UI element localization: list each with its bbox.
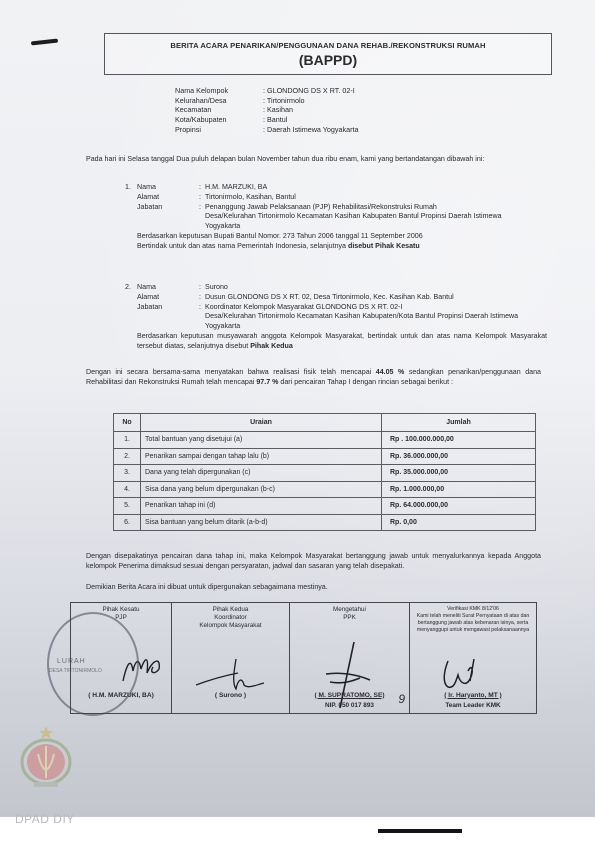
party-number: 1. [125,183,137,193]
signature-pihak-kedua: Pihak Kedua Koordinator Kelompok Masyara… [172,603,290,713]
regional-emblem-icon [16,724,76,790]
physical-progress-pct: 44.05 % [376,368,405,376]
document-subtitle: (BAPPD) [105,52,551,68]
info-value: Bantul [263,115,287,125]
info-label: Propinsi [175,125,263,135]
document-title-box: BERITA ACARA PENARIKAN/PENGGUNAAN DANA R… [104,33,552,75]
statement-paragraph: Dengan ini secara bersama-sama menyataka… [86,368,541,388]
row-uraian: Sisa bantuan yang belum ditarik (a-b-d) [141,514,382,531]
table-row: 1.Total bantuan yang disetujui (a)Rp . 1… [114,432,536,449]
field-label: Nama [137,283,199,293]
row-uraian: Penarikan sampai dengan tahap lalu (b) [141,448,382,465]
closing-statement: Demikian Berita Acara ini dibuat untuk d… [86,583,541,593]
info-value: Tirtonirmolo [263,96,305,106]
row-jumlah: Rp. 0,00 [382,514,536,531]
statement-text: dari pencairan Tahap I dengan rincian se… [278,378,453,386]
row-jumlah: Rp. 64.000.000,00 [382,498,536,515]
sig-title: Pihak Kedua [172,606,289,614]
row-no: 6. [114,514,141,531]
info-row: KecamatanKasihan [175,105,359,115]
row-uraian: Sisa dana yang belum dipergunakan (b-c) [141,481,382,498]
header-no: No [114,414,141,432]
sig-role: Team Leader KMK [410,702,536,710]
party-position-cont: Desa/Kelurahan Tirtonirmolo Kecamatan Ka… [125,212,535,232]
info-row: Kelurahan/DesaTirtonirmolo [175,96,359,106]
intro-paragraph: Pada hari ini Selasa tanggal Dua puluh d… [86,155,544,165]
party-number: 2. [125,283,137,293]
statement-text: Dengan ini secara bersama-sama menyataka… [86,368,376,376]
verification-text: Kami telah meneliti Surat Pernyataan di … [410,613,536,634]
sig-name: ( Ir. Haryanto, MT ) [410,692,536,700]
field-label: Nama [137,183,199,193]
info-row: Nama KelompokGLONDONG DS X RT. 02-I [175,86,359,96]
stamp-text: LURAH [57,658,86,665]
stamp-text: DESA TIRTONIRMOLO [49,668,102,674]
bottom-bar [378,829,462,833]
info-label: Kota/Kabupaten [175,115,263,125]
info-row: Kota/KabupatenBantul [175,115,359,125]
row-no: 3. [114,465,141,482]
row-jumlah: Rp. 1.000.000,00 [382,481,536,498]
verification-label: Verifikasi KMK 8/12'06 [410,606,536,613]
basis-bold: Pihak Kedua [250,342,293,350]
row-uraian: Dana yang telah dipergunakan (c) [141,465,382,482]
party-one: 1.Nama:H.M. MARZUKI, BA Alamat:Tirtonirm… [125,183,565,252]
table-row: 4.Sisa dana yang belum dipergunakan (b-c… [114,481,536,498]
row-jumlah: Rp . 100.000.000,00 [382,432,536,449]
table-row: 3.Dana yang telah dipergunakan (c)Rp. 35… [114,465,536,482]
sig-nip: NIP. 050 017 893 [290,702,409,710]
table-row: 2.Penarikan sampai dengan tahap lalu (b)… [114,448,536,465]
party-address: Tirtonirmolo, Kasihan, Bantul [205,193,565,203]
party-acting: Bertindak untuk dan atas nama Pemerintah… [125,242,557,252]
acting-text: Bertindak untuk dan atas nama Pemerintah… [137,242,348,250]
party-position: Penanggung Jawab Pelaksanaan (PJP) Rehab… [205,203,565,213]
table-row: 5.Penarikan tahap ini (d)Rp. 64.000.000,… [114,498,536,515]
sig-title: Mengetahui [290,606,409,614]
row-no: 1. [114,432,141,449]
party-name: Surono [205,283,565,293]
info-label: Nama Kelompok [175,86,263,96]
row-no: 2. [114,448,141,465]
signature-kmk: Verifikasi KMK 8/12'06 Kami telah meneli… [410,603,536,713]
group-info: Nama KelompokGLONDONG DS X RT. 02-I Kelu… [175,86,359,135]
sig-role: PPK [290,614,409,622]
header-jumlah: Jumlah [382,414,536,432]
fund-progress-pct: 97.7 % [256,378,278,386]
sig-role: Koordinator [172,614,289,622]
signature-scribble-icon [192,655,272,695]
party-basis: Berdasarkan keputusan musyawarah anggota… [125,332,547,352]
row-uraian: Penarikan tahap ini (d) [141,498,382,515]
party-position: Koordinator Kelompok Masyarakat GLONDONG… [205,303,565,313]
sig-name: ( M. SUPRATOMO, SE) [290,692,409,700]
row-jumlah: Rp. 35.000.000,00 [382,465,536,482]
party-address: Dusun GLONDONG DS X RT. 02, Desa Tirtoni… [205,293,565,303]
sig-name: ( Surono ) [172,692,289,700]
party-position-cont: Desa/Kelurahan Tirtonirmolo Kecamatan Ka… [125,312,535,332]
table-row: 6.Sisa bantuan yang belum ditarik (a-b-d… [114,514,536,531]
signature-ppk: Mengetahui PPK ( M. SUPRATOMO, SE) NIP. … [290,603,410,713]
fund-details-table: No Uraian Jumlah 1.Total bantuan yang di… [113,413,536,531]
info-value: Kasihan [263,105,293,115]
field-label: Jabatan [137,203,199,213]
party-two: 2.Nama:Surono Alamat:Dusun GLONDONG DS X… [125,283,565,352]
sig-role: Kelompok Masyarakat [172,622,289,630]
field-label: Alamat [137,193,199,203]
field-label: Jabatan [137,303,199,313]
info-label: Kelurahan/Desa [175,96,263,106]
acting-bold: disebut Pihak Kesatu [348,242,420,250]
signature-table: Pihak Kesatu PJP ( H.M. MARZUKI, BA) Pih… [70,602,537,714]
row-no: 5. [114,498,141,515]
info-value: GLONDONG DS X RT. 02-I [263,86,355,96]
info-value: Daerah Istimewa Yogyakarta [263,125,359,135]
signature-scribble-icon [438,657,488,691]
info-label: Kecamatan [175,105,263,115]
document-title: BERITA ACARA PENARIKAN/PENGGUNAAN DANA R… [105,41,551,50]
row-uraian: Total bantuan yang disetujui (a) [141,432,382,449]
header-uraian: Uraian [141,414,382,432]
watermark-text: DPAD DIY [15,812,75,826]
table-header-row: No Uraian Jumlah [114,414,536,432]
handwritten-mark: 9 [398,695,405,703]
info-row: PropinsiDaerah Istimewa Yogyakarta [175,125,359,135]
party-name: H.M. MARZUKI, BA [205,183,565,193]
party-basis: Berdasarkan keputusan Bupati Bantul Nomo… [125,232,557,242]
field-label: Alamat [137,293,199,303]
closing-paragraph: Dengan disepakatinya pencairan dana taha… [86,552,541,572]
row-no: 4. [114,481,141,498]
basis-text: Berdasarkan keputusan musyawarah anggota… [137,332,547,350]
row-jumlah: Rp. 36.000.000,00 [382,448,536,465]
